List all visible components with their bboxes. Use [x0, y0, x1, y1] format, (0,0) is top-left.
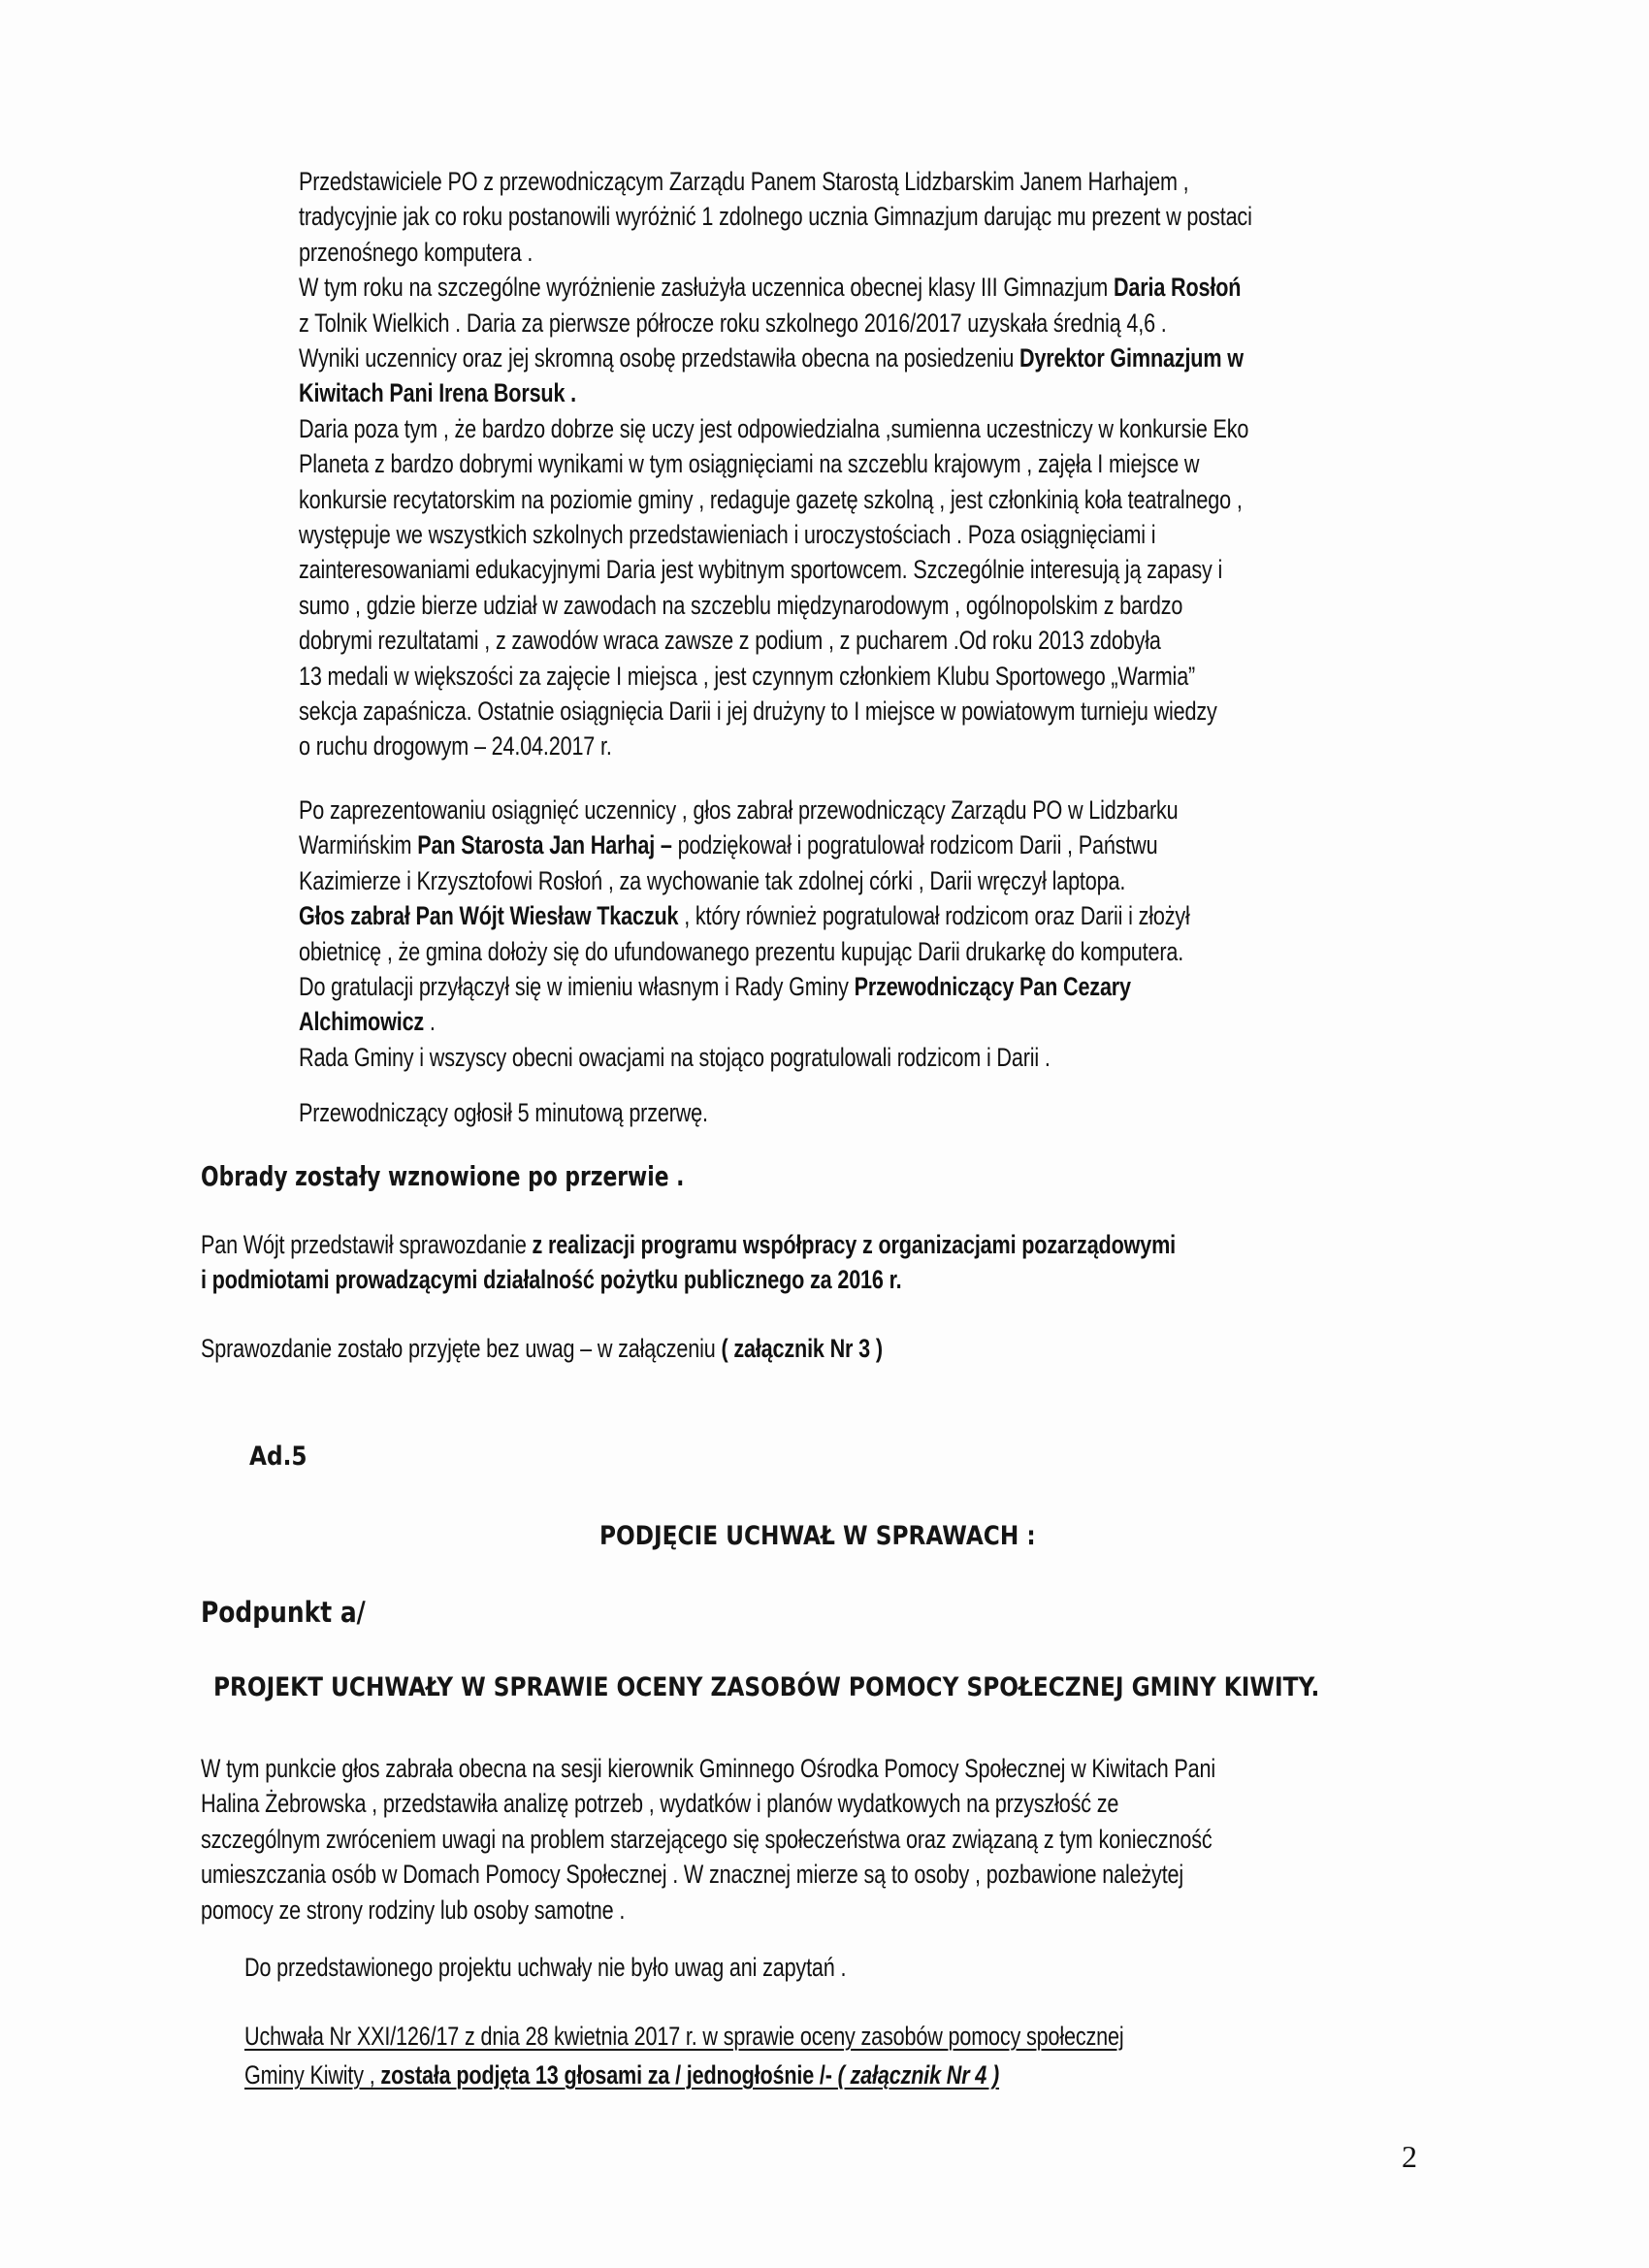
bold-text: i podmiotami prowadzącymi działalność po… — [201, 1265, 901, 1294]
text-line: z Tolnik Wielkich . Daria za pierwsze pó… — [299, 308, 1167, 339]
page-number: 2 — [1402, 2139, 1417, 2175]
no-questions-line: Do przedstawionego projektu uchwały nie … — [244, 1953, 846, 1983]
text-line: W tym roku na szczególne wyróżnienie zas… — [299, 273, 1241, 303]
text-line: dobrymi rezultatami , z zawodów wraca za… — [299, 626, 1161, 656]
report-line-2: i podmiotami prowadzącymi działalność po… — [201, 1265, 901, 1295]
text-line: Kazimierze i Krzysztofowi Rosłoń , za wy… — [299, 866, 1125, 896]
bold-text: z realizacji programu współpracy z organ… — [533, 1230, 1176, 1259]
resumed-heading: Obrady zostały wznowione po przerwie . — [201, 1160, 684, 1192]
bold-text: ( załącznik Nr 3 ) — [721, 1334, 882, 1363]
bold-text: Pan Starosta Jan Harhaj – — [417, 830, 672, 859]
resolution-subject-end: Gminy Kiwity , — [244, 2060, 380, 2090]
text-line: Wyniki uczennicy oraz jej skromną osobę … — [299, 343, 1244, 373]
text-run: Rada Gminy i wszyscy obecni owacjami na … — [299, 1043, 1051, 1072]
text-line: Przedstawiciele PO z przewodniczącym Zar… — [299, 167, 1188, 197]
text-run: Po zaprezentowaniu osiągnięć uczennicy ,… — [299, 795, 1178, 825]
text-line: o ruchu drogowym – 24.04.2017 r. — [299, 731, 612, 761]
text-line: konkursie recytatorskim na poziomie gmin… — [299, 485, 1243, 515]
text-run: Sprawozdanie zostało przyjęte bez uwag –… — [201, 1334, 721, 1363]
text-line: Planeta z bardzo dobrymi wynikami w tym … — [299, 449, 1199, 479]
text-line: Głos zabrał Pan Wójt Wiesław Tkaczuk , k… — [299, 901, 1190, 931]
section-title: PODJĘCIE UCHWAŁ W SPRAWACH : — [599, 1521, 1036, 1551]
bold-text: Dyrektor Gimnazjum w — [1019, 343, 1244, 373]
text-line: obietnicę , że gmina dołoży się do ufund… — [299, 937, 1183, 967]
text-run: o ruchu drogowym – 24.04.2017 r. — [299, 731, 612, 761]
text-line: Kiwitach Pani Irena Borsuk . — [299, 378, 576, 408]
text-run: Warmińskim — [299, 830, 417, 859]
text-line: umieszczania osób w Domach Pomocy Społec… — [201, 1860, 1183, 1890]
text-line: sumo , gdzie bierze udział w zawodach na… — [299, 591, 1182, 621]
text-line: pomocy ze strony rodziny lub osoby samot… — [201, 1895, 625, 1926]
text-line: Alchimowicz . — [299, 1007, 436, 1037]
text-run: konkursie recytatorskim na poziomie gmin… — [299, 485, 1243, 514]
bold-text: Alchimowicz — [299, 1007, 424, 1036]
text-run: . — [424, 1007, 436, 1036]
text-run: Wyniki uczennicy oraz jej skromną osobę … — [299, 343, 1019, 373]
text-line: Daria poza tym , że bardzo dobrze się uc… — [299, 414, 1248, 444]
text-run: zainteresowaniami edukacyjnymi Daria jes… — [299, 555, 1222, 584]
text-run: z Tolnik Wielkich . Daria za pierwsze pó… — [299, 308, 1167, 338]
text-line: Halina Żebrowska , przedstawiła analizę … — [201, 1789, 1118, 1819]
text-run: Pan Wójt przedstawił sprawozdanie — [201, 1230, 533, 1259]
text-run: sumo , gdzie bierze udział w zawodach na… — [299, 591, 1182, 620]
text-line: tradycyjnie jak co roku postanowili wyró… — [299, 202, 1252, 232]
text-line: przenośnego komputera . — [299, 238, 533, 268]
text-run: , który również pogratulował rodzicom or… — [678, 901, 1189, 930]
resolution-vote-result: została podjęta 13 głosami za / jednogło… — [380, 2060, 837, 2090]
text-line: występuje we wszystkich szkolnych przeds… — [299, 520, 1155, 550]
text-run: Kazimierze i Krzysztofowi Rosłoń , za wy… — [299, 866, 1125, 895]
text-line: sekcja zapaśnicza. Ostatnie osiągnięcia … — [299, 697, 1217, 727]
text-line: zainteresowaniami edukacyjnymi Daria jes… — [299, 555, 1222, 585]
text-line: Do gratulacji przyłączył się w imieniu w… — [299, 972, 1131, 1002]
text-line: szczególnym zwróceniem uwagi na problem … — [201, 1825, 1212, 1855]
attachment-reference: ( załącznik Nr 4 ) — [838, 2060, 999, 2090]
subpoint-label: Podpunkt a/ — [201, 1596, 366, 1629]
text-line: Rada Gminy i wszyscy obecni owacjami na … — [299, 1043, 1051, 1073]
text-run: Daria poza tym , że bardzo dobrze się uc… — [299, 414, 1248, 443]
text-run: sekcja zapaśnicza. Ostatnie osiągnięcia … — [299, 697, 1217, 726]
text-run: Przedstawiciele PO z przewodniczącym Zar… — [299, 167, 1188, 196]
text-run: 13 medali w większości za zajęcie I miej… — [299, 662, 1195, 691]
project-title: PROJEKT UCHWAŁY W SPRAWIE OCENY ZASOBÓW … — [213, 1672, 1319, 1702]
report-line-1: Pan Wójt przedstawił sprawozdanie z real… — [201, 1230, 1176, 1260]
bold-text: Daria Rosłoń — [1114, 273, 1241, 302]
text-line: 13 medali w większości za zajęcie I miej… — [299, 662, 1195, 692]
report-accepted-line: Sprawozdanie zostało przyjęte bez uwag –… — [201, 1334, 883, 1364]
text-run: tradycyjnie jak co roku postanowili wyró… — [299, 202, 1252, 231]
text-line: Po zaprezentowaniu osiągnięć uczennicy ,… — [299, 795, 1178, 826]
break-announcement: Przewodniczący ogłosił 5 minutową przerw… — [299, 1098, 708, 1128]
text-run: podziękował i pogratulował rodzicom Dari… — [672, 830, 1158, 859]
text-run: dobrymi rezultatami , z zawodów wraca za… — [299, 626, 1161, 655]
text-run: Do gratulacji przyłączył się w imieniu w… — [299, 972, 855, 1001]
agenda-item-label: Ad.5 — [249, 1442, 307, 1472]
resolution-line-1: Uchwała Nr XXI/126/17 z dnia 28 kwietnia… — [244, 2022, 1124, 2052]
text-run: W tym roku na szczególne wyróżnienie zas… — [299, 273, 1114, 302]
text-run: Planeta z bardzo dobrymi wynikami w tym … — [299, 449, 1199, 478]
bold-text: Głos zabrał Pan Wójt Wiesław Tkaczuk — [299, 901, 678, 930]
text-line: Warmińskim Pan Starosta Jan Harhaj – pod… — [299, 830, 1157, 860]
text-line: W tym punkcie głos zabrała obecna na ses… — [201, 1754, 1215, 1784]
text-run: obietnicę , że gmina dołoży się do ufund… — [299, 937, 1183, 966]
bold-text: Kiwitach Pani Irena Borsuk . — [299, 378, 576, 407]
text-run: przenośnego komputera . — [299, 238, 533, 267]
bold-text: Przewodniczący Pan Cezary — [855, 972, 1131, 1001]
text-run: występuje we wszystkich szkolnych przeds… — [299, 520, 1155, 549]
resolution-line-2: Gminy Kiwity , została podjęta 13 głosam… — [244, 2060, 999, 2090]
document-page: Przedstawiciele PO z przewodniczącym Zar… — [0, 0, 1649, 2268]
